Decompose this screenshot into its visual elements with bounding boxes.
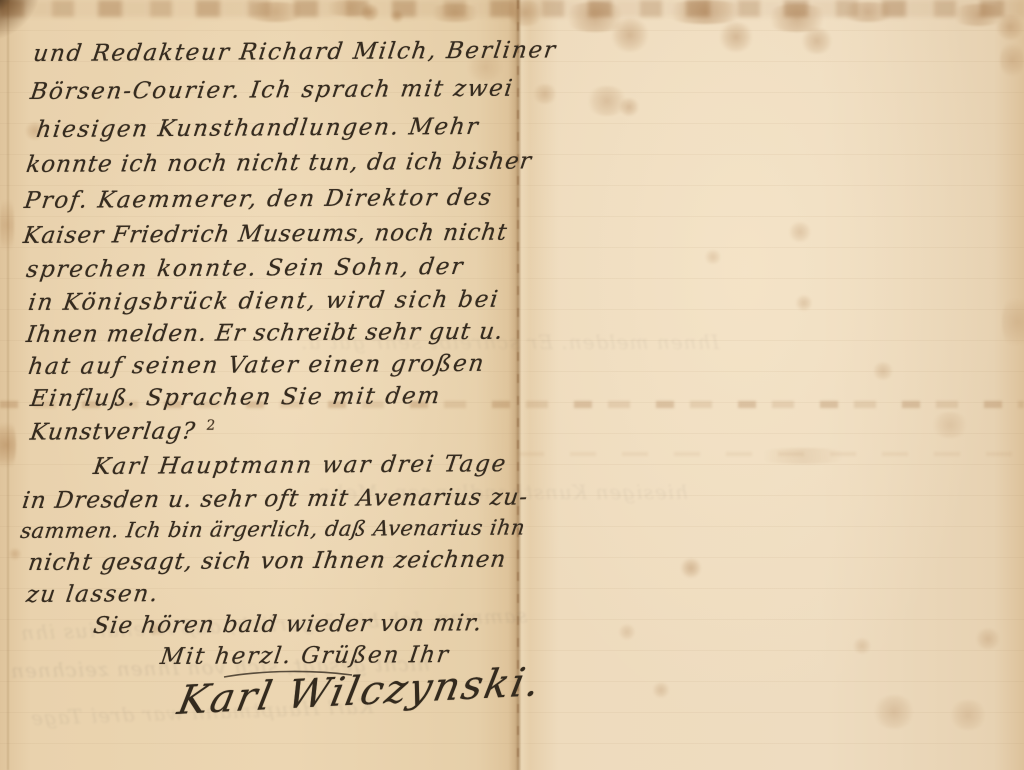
handwriting-line: Kaiser Friedrich Museums, noch nicht [22, 221, 509, 250]
handwriting-line: Einfluß. Sprachen Sie mit dem [29, 384, 443, 412]
handwriting-line: und Redakteur Richard Milch, Berliner [32, 38, 559, 67]
right-page [518, 0, 1024, 770]
handwriting-line: Karl Hauptmann war drei Tage [92, 452, 509, 480]
handwriting-line: hat auf seinen Vater einen großen [27, 352, 487, 380]
handwriting-line: nicht gesagt, sich von Ihnen zeichnen [27, 548, 508, 577]
handwriting-line: in Dresden u. sehr oft mit Avenarius zu- [21, 485, 530, 514]
handwriting-line: Prof. Kaemmerer, den Direktor des [23, 186, 495, 215]
handwriting-line: hiesigen Kunsthandlungen. Mehr [35, 115, 481, 143]
handwriting-line: Ihnen melden. Er schreibt sehr gut u. [25, 320, 505, 349]
handwriting-line: in Königsbrück dient, wird sich bei [27, 288, 501, 317]
handwriting-line: zu lassen. [25, 582, 161, 608]
handwriting-line: Börsen-Courier. Ich sprach mit zwei [29, 77, 516, 106]
handwriting-line: sprechen konnte. Sein Sohn, der [25, 255, 466, 283]
handwriting-line: Kunstverlag?2 [29, 419, 218, 446]
handwriting-line: Sie hören bald wieder von mir. [92, 611, 484, 639]
letter-scan: sammen. Ich bin ärgerlich, daß Avenarius… [0, 0, 1024, 770]
handwriting-line: konnte ich noch nicht tun, da ich bisher [25, 149, 534, 178]
left-edge-crease [7, 0, 9, 770]
handwriting-line: sammen. Ich bin ärgerlich, daß Avenarius… [19, 516, 527, 543]
handwriting-text: Kunstverlag? [29, 419, 198, 446]
